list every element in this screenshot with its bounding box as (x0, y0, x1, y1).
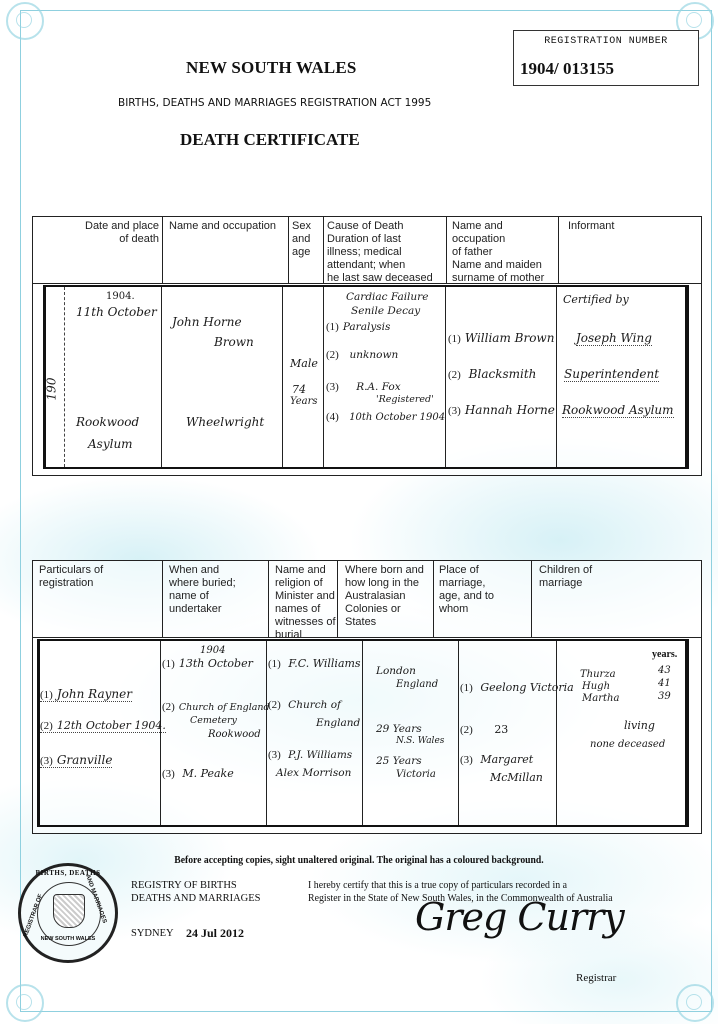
header-sex-age: Sex and age (292, 220, 311, 259)
burial-date: (1)13th October (162, 657, 253, 670)
deceased-age-unit: Years (290, 396, 318, 407)
header-marriage: Place of marriage, age, and to whom (439, 564, 494, 616)
certificate-title: DEATH CERTIFICATE (180, 130, 360, 150)
registration-date: (2)12th October 1904. (40, 719, 166, 733)
minister-religion-line2: England (316, 717, 360, 729)
registration-details-header: Particulars of registration When and whe… (33, 561, 701, 638)
father-name: (1)William Brown (448, 331, 554, 345)
registration-details-table: Particulars of registration When and whe… (32, 560, 702, 834)
children-deceased: none deceased (590, 739, 665, 750)
informant-location: Rookwood Asylum (562, 403, 674, 418)
certification-line1: I hereby certify that this is a true cop… (308, 880, 567, 891)
deceased-occupation: Wheelwright (186, 415, 264, 429)
header-minister: Name and religion of Minister and names … (275, 564, 336, 642)
undertaker: (3) M. Peake (162, 767, 234, 780)
seal-text-top: BIRTHS, DEATHS (21, 869, 115, 877)
corner-ornament-top-left (6, 2, 44, 40)
years-in-victoria-state: Victoria (396, 769, 436, 780)
column-divider (558, 217, 559, 283)
deceased-age: 74 (292, 383, 306, 396)
column-divider (362, 641, 363, 825)
act-title: BIRTHS, DEATHS AND MARRIAGES REGISTRATIO… (118, 97, 431, 109)
registrar-signature: Greg Curry (415, 895, 624, 939)
informant-line1: Certified by (563, 293, 629, 306)
issue-date: 24 Jul 2012 (186, 926, 244, 941)
header-children: Children of marriage (539, 564, 592, 590)
deceased-sex: Male (290, 357, 318, 370)
column-divider (556, 287, 557, 467)
death-year: 1904. (106, 291, 135, 302)
cause-item-3-note: 'Registered' (376, 394, 434, 405)
minister-name: (1) F.C. Williams (268, 657, 361, 670)
death-place-line2: Asylum (88, 437, 133, 451)
header-particulars-registration: Particulars of registration (39, 564, 103, 590)
spouse-name-line2: McMillan (490, 771, 543, 784)
cause-item-3: (3) R.A. Fox (326, 381, 401, 393)
column-divider (458, 641, 459, 825)
column-divider (531, 561, 532, 637)
column-divider (337, 561, 338, 637)
corner-ornament-bottom-right (676, 984, 714, 1022)
column-divider (266, 641, 267, 825)
registration-register-entry: (1)John Rayner (2)12th October 1904. (3)… (37, 639, 689, 827)
header-cause-of-death: Cause of Death Duration of last illness;… (327, 220, 433, 285)
death-place-line1: Rookwood (76, 415, 139, 429)
column-divider (288, 217, 289, 283)
child-2-age: 41 (658, 678, 671, 689)
burial-witness-2: Alex Morrison (276, 767, 351, 779)
death-details-table: Date and place of death Name and occupat… (32, 216, 702, 476)
header-date-place: Date and place of death (77, 220, 159, 246)
registration-place: (3)Granville (40, 753, 112, 768)
informant-title: Superintendent (564, 367, 659, 382)
death-register-entry: 190 1904. 11th October Rookwood Asylum J… (43, 285, 689, 469)
burial-place-line1: (2)Church of England (162, 701, 270, 713)
registrar-title: Registrar (576, 972, 616, 984)
child-3-name: Martha (582, 693, 619, 704)
registry-name-line1: REGISTRY OF BIRTHS (131, 880, 237, 891)
coat-of-arms-icon (53, 894, 85, 928)
column-divider (323, 217, 324, 283)
corner-ornament-bottom-left (6, 984, 44, 1022)
burial-place-line2: Cemetery (190, 715, 237, 726)
death-date: 11th October (76, 305, 157, 319)
issue-city: SYDNEY (131, 928, 174, 939)
registrar-name: (1)John Rayner (40, 687, 132, 702)
informant-name: Joseph Wing (576, 331, 652, 346)
father-occupation: (2) Blacksmith (448, 367, 536, 381)
cause-of-death-line2: Senile Decay (351, 305, 420, 317)
cause-item-4: (4) 10th October 1904 (326, 411, 445, 423)
mother-name: (3)Hannah Horne (448, 403, 555, 417)
birthplace-line1: London (376, 665, 416, 677)
children-years-label: years. (652, 649, 677, 660)
column-divider (445, 287, 446, 467)
registration-number-label: REGISTRATION NUMBER (514, 36, 698, 47)
registration-number-box: REGISTRATION NUMBER 1904/ 013155 (513, 30, 699, 86)
column-divider (556, 641, 557, 825)
spouse-name-line1: (3) Margaret (460, 753, 533, 766)
column-divider (161, 287, 162, 467)
registration-number: 1904/ 013155 (520, 59, 614, 79)
cause-item-2: (2) unknown (326, 349, 398, 361)
margin-entry-number: 190 (44, 378, 58, 401)
child-2-name: Hugh (582, 681, 610, 692)
burial-witness-1: (3) P.J. Williams (268, 749, 352, 761)
column-divider (446, 217, 447, 283)
state-title: NEW SOUTH WALES (186, 58, 357, 78)
header-parents: Name and occupation of father Name and m… (452, 220, 544, 285)
death-details-header: Date and place of death Name and occupat… (33, 217, 701, 284)
marriage-age: (2) 23 (460, 723, 508, 736)
birthplace-line2: England (396, 679, 438, 690)
years-in-nsw-state: N.S. Wales (396, 736, 444, 746)
cause-of-death-line1: Cardiac Failure (346, 291, 428, 303)
column-divider (162, 217, 163, 283)
authenticity-notice: Before accepting copies, sight unaltered… (29, 855, 690, 866)
burial-year: 1904 (200, 645, 225, 656)
header-birthplace: Where born and how long in the Australas… (345, 564, 424, 629)
cause-item-1: (1)Paralysis (326, 321, 390, 333)
child-1-name: Thurza (580, 669, 616, 680)
margin-rule (64, 287, 65, 467)
header-name-occupation: Name and occupation (169, 220, 276, 233)
seal-text-bottom: NEW SOUTH WALES (21, 936, 115, 942)
registry-name-line2: DEATHS AND MARRIAGES (131, 893, 261, 904)
column-divider (160, 641, 161, 825)
years-in-nsw: 29 Years (376, 723, 422, 735)
child-1-age: 43 (658, 665, 671, 676)
marriage-place: (1) Geelong Victoria (460, 681, 574, 694)
child-3-age: 39 (658, 691, 671, 702)
column-divider (323, 287, 324, 467)
column-divider (282, 287, 283, 467)
deceased-name-line2: Brown (214, 335, 254, 349)
column-divider (268, 561, 269, 637)
minister-religion-line1: (2) Church of (268, 699, 341, 711)
header-burial: When and where buried; name of undertake… (169, 564, 236, 616)
burial-place-line3: Rookwood (208, 729, 261, 740)
years-in-victoria: 25 Years (376, 755, 422, 767)
registrar-seal: BIRTHS, DEATHS REGISTRAR OF AND MARRIAGE… (18, 863, 118, 963)
column-divider (162, 561, 163, 637)
header-informant: Informant (568, 220, 614, 233)
column-divider (433, 561, 434, 637)
children-status: living (624, 719, 655, 732)
deceased-name-line1: John Horne (172, 315, 242, 329)
